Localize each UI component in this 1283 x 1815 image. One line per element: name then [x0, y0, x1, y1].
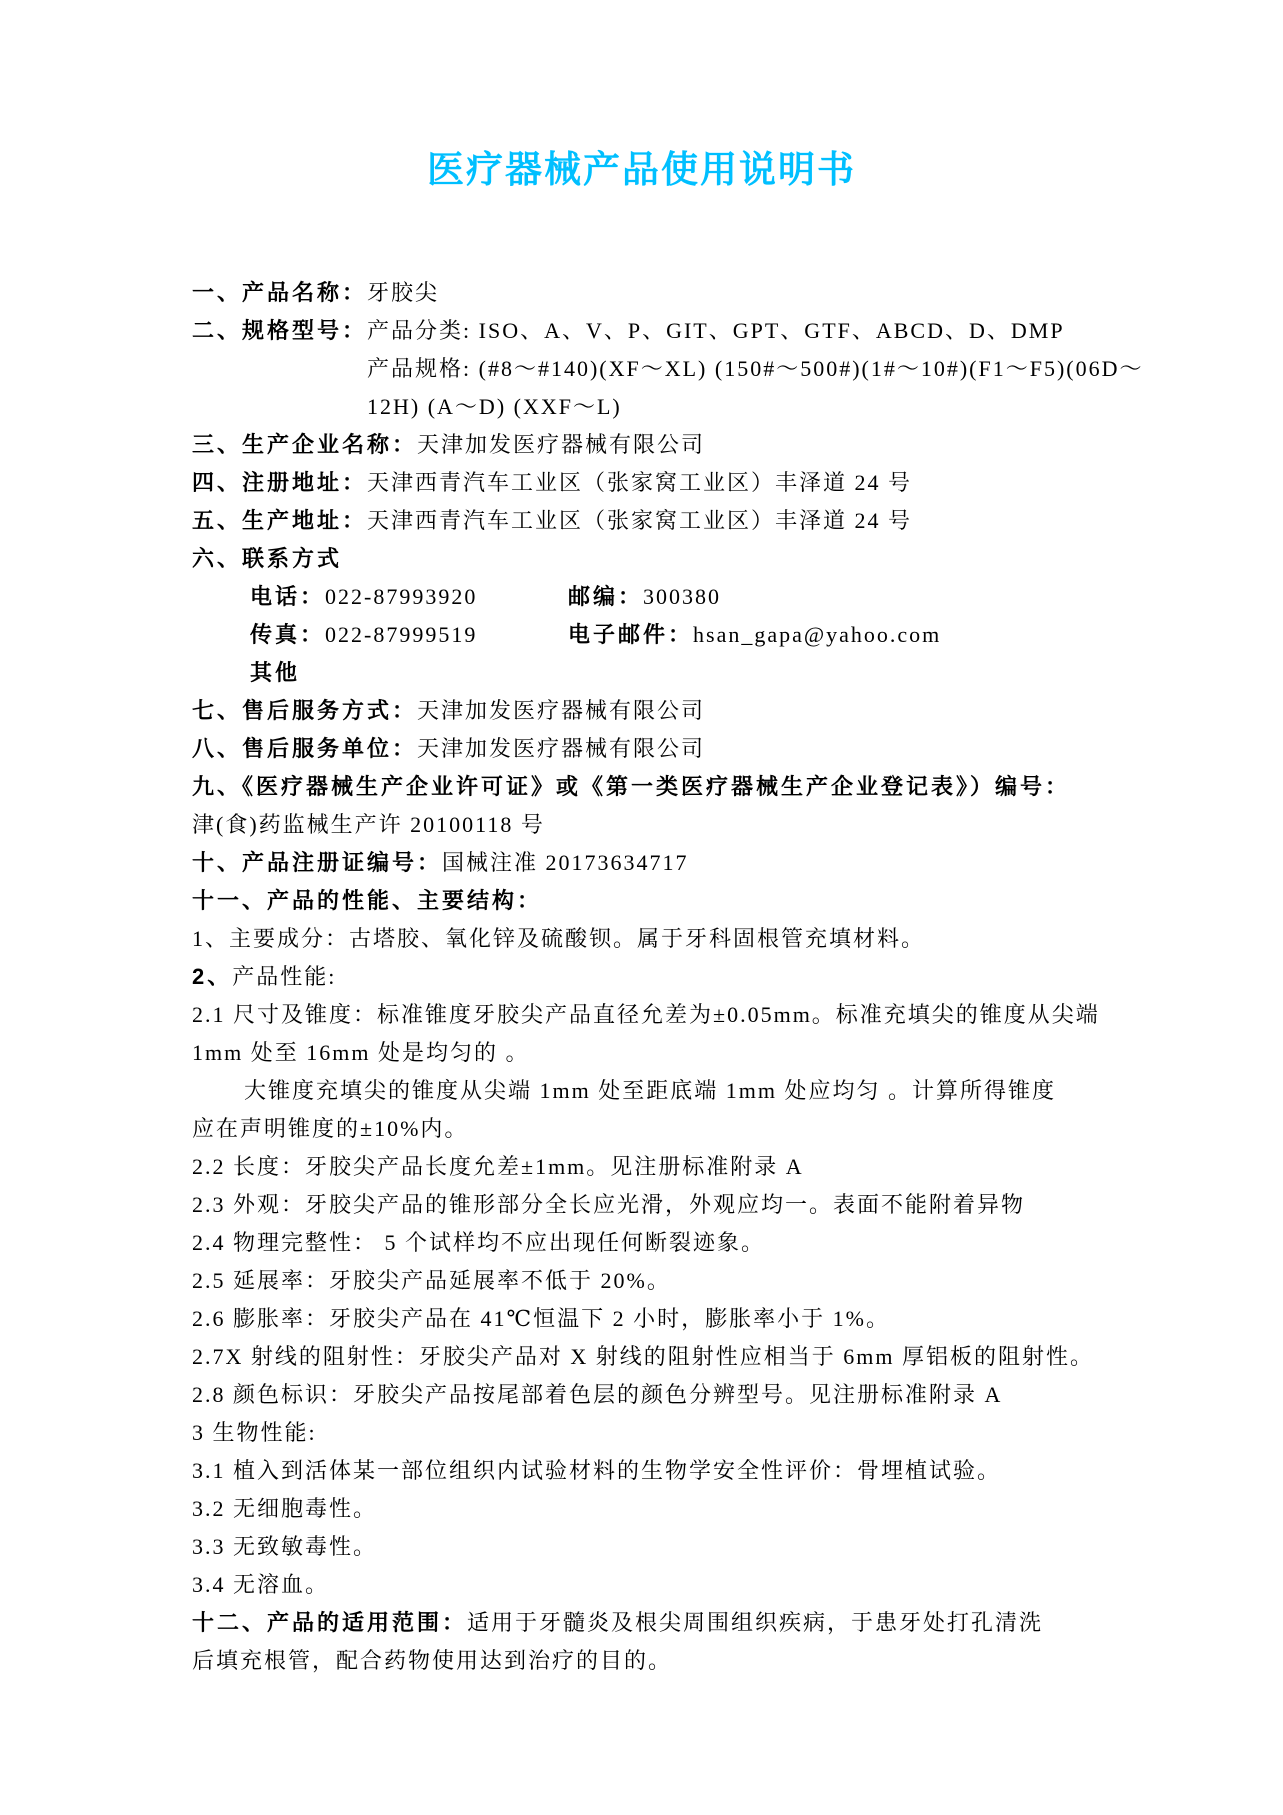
- zip-value: 300380: [643, 584, 721, 609]
- bio-cytotoxicity-text: 3.2 无细胞毒性。: [192, 1496, 377, 1521]
- registration-cert-label: 十、产品注册证编号：: [192, 850, 442, 875]
- line-length: 2.2 长度：牙胶尖产品长度允差±1mm。见注册标准附录 A: [0, 1148, 1283, 1186]
- product-spec-2: 12H) (A～D) (XXF～L): [367, 394, 622, 419]
- line-product-name: 一、产品名称：牙胶尖: [0, 274, 1283, 312]
- aftersales-method-value: 天津加发医疗器械有限公司: [417, 698, 705, 723]
- expansion-text: 2.6 膨胀率：牙胶尖产品在 41℃恒温下 2 小时，膨胀率小于 1%。: [192, 1306, 890, 1331]
- line-fax-email: 传真：022-87999519电子邮件：hsan_gapa@yahoo.com: [0, 616, 1283, 654]
- line-main-ingredients: 1、主要成分：古塔胶、氧化锌及硫酸钡。属于牙科固根管充填材料。: [0, 920, 1283, 958]
- contact-other-label: 其他: [250, 660, 300, 685]
- registered-address-label: 四、注册地址：: [192, 470, 367, 495]
- line-license-number: 津(食)药监械生产许 20100118 号: [0, 806, 1283, 844]
- performance-heading-label: 十一、产品的性能、主要结构：: [192, 888, 542, 913]
- contact-heading-label: 六、联系方式: [192, 546, 342, 571]
- size-taper-text-1: 2.1 尺寸及锥度：标准锥度牙胶尖产品直径允差为±0.05mm。标准充填尖的锥度…: [192, 1002, 1100, 1027]
- scope-cont-text: 后填充根管，配合药物使用达到治疗的目的。: [192, 1648, 672, 1673]
- doc-body: 一、产品名称：牙胶尖 二、规格型号：产品分类: ISO、A、V、P、GIT、GP…: [0, 274, 1283, 1680]
- color-coding-text: 2.8 颜色标识：牙胶尖产品按尾部着色层的颜色分辨型号。见注册标准附录 A: [192, 1382, 1002, 1407]
- line-contact-other: 其他: [0, 654, 1283, 692]
- physical-integrity-text: 2.4 物理完整性： 5 个试样均不应出现任何断裂迹象。: [192, 1230, 765, 1255]
- line-physical-integrity: 2.4 物理完整性： 5 个试样均不应出现任何断裂迹象。: [0, 1224, 1283, 1262]
- document-page: 医疗器械产品使用说明书 一、产品名称：牙胶尖 二、规格型号：产品分类: ISO、…: [0, 0, 1283, 1815]
- line-registered-address: 四、注册地址：天津西青汽车工业区（张家窝工业区）丰泽道 24 号: [0, 464, 1283, 502]
- line-size-taper-2: 1mm 处至 16mm 处是均匀的 。: [0, 1034, 1283, 1072]
- line-scope-of-application: 十二、产品的适用范围：适用于牙髓炎及根尖周围组织疾病，于患牙处打孔清洗: [0, 1604, 1283, 1642]
- bio-heading-text: 3 生物性能:: [192, 1420, 317, 1445]
- email-value: hsan_gapa@yahoo.com: [693, 622, 941, 647]
- size-taper-text-2: 1mm 处至 16mm 处是均匀的 。: [192, 1040, 529, 1065]
- bio-sensitization-text: 3.3 无致敏毒性。: [192, 1534, 377, 1559]
- line-spec-cont-1: 产品规格: (#8～#140)(XF～XL) (150#～500#)(1#～10…: [0, 350, 1283, 388]
- product-name-value: 牙胶尖: [367, 280, 439, 305]
- fax-pair: 传真：022-87999519: [250, 616, 568, 654]
- performance-number: 2、: [192, 964, 232, 989]
- line-color-coding: 2.8 颜色标识：牙胶尖产品按尾部着色层的颜色分辨型号。见注册标准附录 A: [0, 1376, 1283, 1414]
- size-taper-text-4: 应在声明锥度的±10%内。: [192, 1116, 468, 1141]
- line-registration-cert: 十、产品注册证编号：国械注准 20173634717: [0, 844, 1283, 882]
- line-ductility: 2.5 延展率：牙胶尖产品延展率不低于 20%。: [0, 1262, 1283, 1300]
- spec-model-label: 二、规格型号：: [192, 318, 367, 343]
- phone-value: 022-87993920: [325, 584, 477, 609]
- manufacturer-label: 三、生产企业名称：: [192, 432, 417, 457]
- line-aftersales-unit: 八、售后服务单位：天津加发医疗器械有限公司: [0, 730, 1283, 768]
- product-spec-1: 产品规格: (#8～#140)(XF～XL) (150#～500#)(1#～10…: [367, 356, 1144, 381]
- bio-implant-text: 3.1 植入到活体某一部位组织内试验材料的生物学安全性评价：骨埋植试验。: [192, 1458, 1001, 1483]
- length-text: 2.2 长度：牙胶尖产品长度允差±1mm。见注册标准附录 A: [192, 1154, 804, 1179]
- line-appearance: 2.3 外观：牙胶尖产品的锥形部分全长应光滑，外观应均一。表面不能附着异物: [0, 1186, 1283, 1224]
- phone-pair: 电话：022-87993920: [250, 578, 568, 616]
- radiopacity-text: 2.7X 射线的阻射性：牙胶尖产品对 X 射线的阻射性应相当于 6mm 厚铝板的…: [192, 1344, 1094, 1369]
- line-phone-zip: 电话：022-87993920邮编：300380: [0, 578, 1283, 616]
- line-production-address: 五、生产地址：天津西青汽车工业区（张家窝工业区）丰泽道 24 号: [0, 502, 1283, 540]
- main-ingredients-text: 1、主要成分：古塔胶、氧化锌及硫酸钡。属于牙科固根管充填材料。: [192, 926, 925, 951]
- line-product-performance: 2、产品性能:: [0, 958, 1283, 996]
- line-scope-cont: 后填充根管，配合药物使用达到治疗的目的。: [0, 1642, 1283, 1680]
- size-taper-text-3: 大锥度充填尖的锥度从尖端 1mm 处至距底端 1mm 处应均匀 。计算所得锥度: [244, 1078, 1056, 1103]
- line-bio-heading: 3 生物性能:: [0, 1414, 1283, 1452]
- manufacturer-value: 天津加发医疗器械有限公司: [417, 432, 705, 457]
- email-label: 电子邮件：: [568, 622, 693, 647]
- phone-label: 电话：: [250, 584, 325, 609]
- line-size-taper-3: 大锥度充填尖的锥度从尖端 1mm 处至距底端 1mm 处应均匀 。计算所得锥度: [0, 1072, 1283, 1110]
- line-bio-hemolysis: 3.4 无溶血。: [0, 1566, 1283, 1604]
- line-size-taper-4: 应在声明锥度的±10%内。: [0, 1110, 1283, 1148]
- line-spec-model: 二、规格型号：产品分类: ISO、A、V、P、GIT、GPT、GTF、ABCD、…: [0, 312, 1283, 350]
- line-radiopacity: 2.7X 射线的阻射性：牙胶尖产品对 X 射线的阻射性应相当于 6mm 厚铝板的…: [0, 1338, 1283, 1376]
- line-spec-cont-2: 12H) (A～D) (XXF～L): [0, 388, 1283, 426]
- fax-value: 022-87999519: [325, 622, 477, 647]
- zip-label: 邮编：: [568, 584, 643, 609]
- fax-label: 传真：: [250, 622, 325, 647]
- aftersales-unit-value: 天津加发医疗器械有限公司: [417, 736, 705, 761]
- line-bio-implant: 3.1 植入到活体某一部位组织内试验材料的生物学安全性评价：骨埋植试验。: [0, 1452, 1283, 1490]
- license-heading-label: 九、《医疗器械生产企业许可证》或《第一类医疗器械生产企业登记表》）编号：: [192, 774, 1070, 799]
- production-address-label: 五、生产地址：: [192, 508, 367, 533]
- scope-value: 适用于牙髓炎及根尖周围组织疾病，于患牙处打孔清洗: [467, 1610, 1043, 1635]
- line-size-taper-1: 2.1 尺寸及锥度：标准锥度牙胶尖产品直径允差为±0.05mm。标准充填尖的锥度…: [0, 996, 1283, 1034]
- scope-label: 十二、产品的适用范围：: [192, 1610, 467, 1635]
- license-number-value: 津(食)药监械生产许 20100118 号: [192, 812, 545, 837]
- line-manufacturer: 三、生产企业名称：天津加发医疗器械有限公司: [0, 426, 1283, 464]
- line-bio-cytotoxicity: 3.2 无细胞毒性。: [0, 1490, 1283, 1528]
- bio-hemolysis-text: 3.4 无溶血。: [192, 1572, 329, 1597]
- line-license-heading: 九、《医疗器械生产企业许可证》或《第一类医疗器械生产企业登记表》）编号：: [0, 768, 1283, 806]
- aftersales-method-label: 七、售后服务方式：: [192, 698, 417, 723]
- product-name-label: 一、产品名称：: [192, 280, 367, 305]
- doc-title: 医疗器械产品使用说明书: [0, 140, 1283, 202]
- product-classification: 产品分类: ISO、A、V、P、GIT、GPT、GTF、ABCD、D、DMP: [367, 318, 1065, 343]
- aftersales-unit-label: 八、售后服务单位：: [192, 736, 417, 761]
- line-aftersales-method: 七、售后服务方式：天津加发医疗器械有限公司: [0, 692, 1283, 730]
- line-performance-heading: 十一、产品的性能、主要结构：: [0, 882, 1283, 920]
- registration-cert-value: 国械注准 20173634717: [442, 850, 689, 875]
- line-expansion: 2.6 膨胀率：牙胶尖产品在 41℃恒温下 2 小时，膨胀率小于 1%。: [0, 1300, 1283, 1338]
- line-contact-heading: 六、联系方式: [0, 540, 1283, 578]
- performance-text: 产品性能:: [232, 964, 336, 989]
- registered-address-value: 天津西青汽车工业区（张家窝工业区）丰泽道 24 号: [367, 470, 912, 495]
- ductility-text: 2.5 延展率：牙胶尖产品延展率不低于 20%。: [192, 1268, 671, 1293]
- appearance-text: 2.3 外观：牙胶尖产品的锥形部分全长应光滑，外观应均一。表面不能附着异物: [192, 1192, 1025, 1217]
- line-bio-sensitization: 3.3 无致敏毒性。: [0, 1528, 1283, 1566]
- production-address-value: 天津西青汽车工业区（张家窝工业区）丰泽道 24 号: [367, 508, 912, 533]
